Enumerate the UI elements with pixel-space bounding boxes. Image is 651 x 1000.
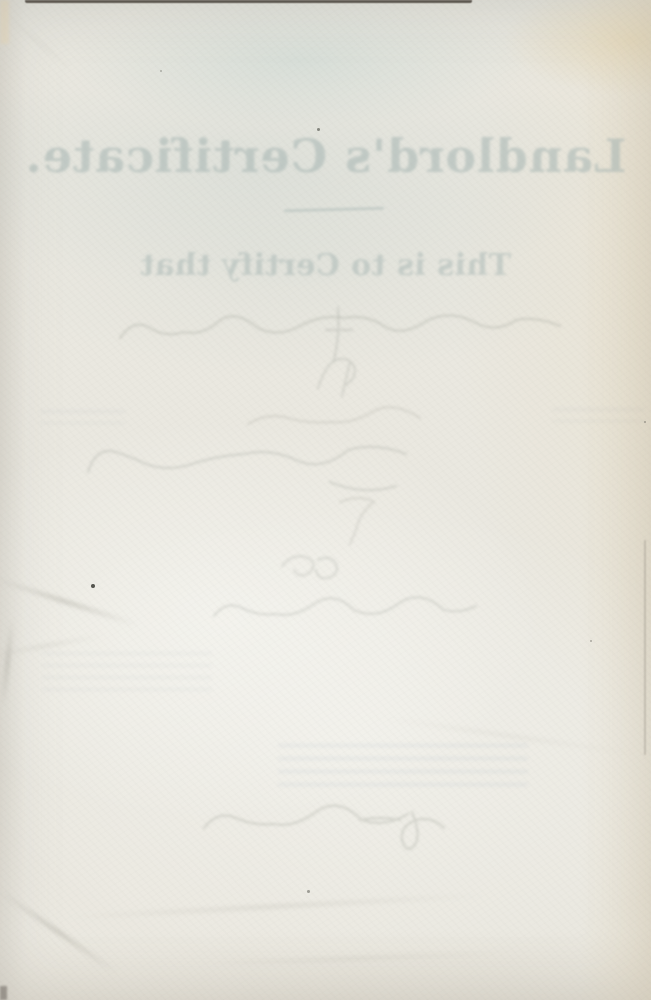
paper-speck xyxy=(91,584,95,588)
handwriting-signature-bottom xyxy=(204,806,444,849)
handwriting-line-2-date xyxy=(318,359,355,396)
handwriting-flourish-7 xyxy=(340,498,374,544)
paper-speck xyxy=(317,128,320,131)
handwriting-line-1-cross-stroke xyxy=(326,308,352,360)
paper-speck xyxy=(590,640,592,642)
handwriting-line-3 xyxy=(248,407,420,424)
handwriting-line-5-year xyxy=(282,556,337,578)
paper-right-edge-crease xyxy=(644,540,646,755)
scan-top-edge-shadow xyxy=(25,0,472,3)
paper-speck xyxy=(160,70,162,72)
scan-bottom-left-mark xyxy=(0,986,7,1000)
paper-speck xyxy=(307,890,310,893)
scanned-page-root: { "bleedthrough": { "title": "Landlord's… xyxy=(0,0,651,1000)
handwriting-line-4-borough xyxy=(88,447,406,490)
bleedthrough-handwriting-layer xyxy=(0,0,651,1000)
paper-speck xyxy=(644,421,646,423)
handwriting-line-6 xyxy=(214,597,476,616)
scan-top-left-edge-band xyxy=(0,0,9,44)
handwriting-line-1 xyxy=(120,315,560,338)
